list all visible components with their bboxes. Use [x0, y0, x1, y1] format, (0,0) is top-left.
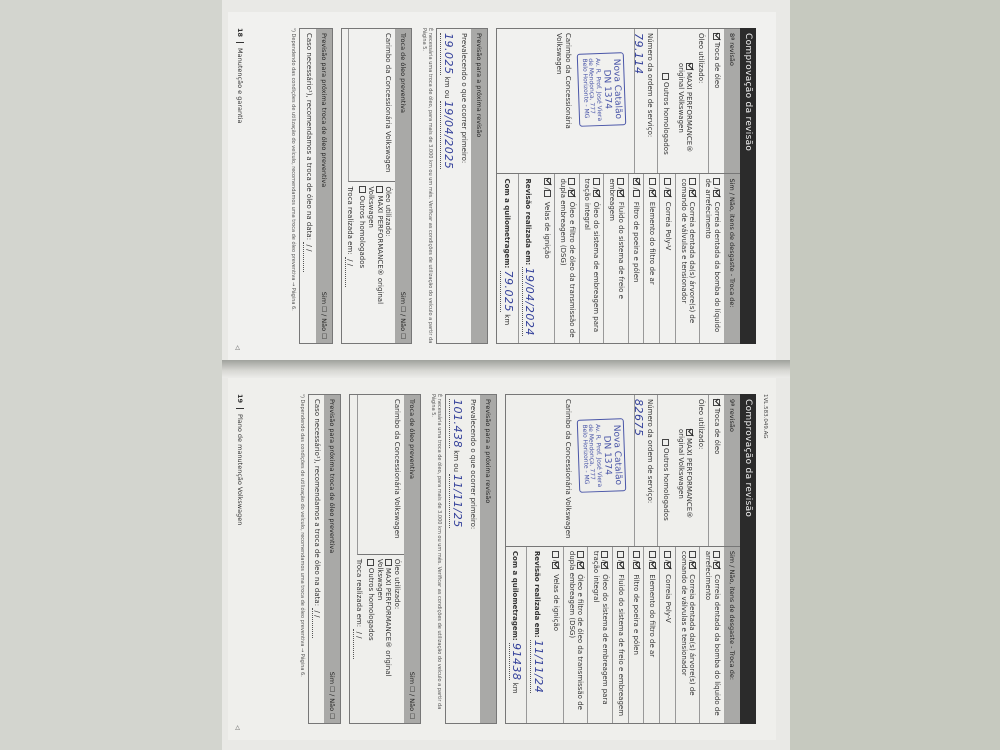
yes-no-checkboxes[interactable]: Sim ☐ / Não ☐	[406, 672, 418, 719]
background-surface-right	[785, 0, 1000, 750]
oil-option-label: Outros homologados	[662, 82, 670, 155]
oil-option-checkbox[interactable]	[663, 439, 670, 446]
preventive-oil-option[interactable]: MAXI PERFORMANCE® original Volkswagen	[375, 559, 393, 719]
yes-checkbox[interactable]	[633, 178, 640, 185]
wear-item-label: Óleo e filtro de óleo da transmissão de …	[568, 551, 585, 710]
mileage-value[interactable]: 91438	[509, 643, 524, 681]
service-order-row: Número da ordem de serviço: 79.114	[634, 29, 657, 173]
oil-option-label: Outros homologados	[662, 448, 670, 521]
next-preventive-date-field[interactable]: / /	[312, 608, 322, 638]
wear-item-label: Fluido do sistema de freio e embreagem	[617, 574, 625, 716]
next-revision-section: Previsão para a próxima revisão Prevalec…	[437, 28, 489, 344]
wear-item-row: /Filtro de poeira e pólen	[628, 547, 644, 723]
preventive-oil-section: Troca de óleo preventivaSim ☐ / Não ☐ Ca…	[350, 394, 422, 724]
yes-checkbox[interactable]	[633, 551, 640, 558]
footnote: ¹) Dependendo das condições de utilizaçã…	[298, 394, 305, 724]
yes-checkbox[interactable]	[617, 178, 624, 185]
page-footer: 19 Plano de manutenção Volkswagen	[236, 394, 244, 724]
wear-item-yes-no[interactable]: /	[543, 178, 551, 198]
oil-option-1[interactable]: Outros homologados	[661, 33, 670, 169]
wear-item-row: /Correia Poly-V	[659, 547, 675, 723]
footer-title: Manutenção e garantia	[236, 48, 244, 123]
wear-item-row: /Correia Poly-V	[659, 174, 675, 343]
next-preventive-body: Caso necessário¹), recomendamos a troca …	[309, 395, 325, 723]
next-km-suffix: km ou	[452, 450, 460, 472]
next-km-value[interactable]: 101.438	[449, 399, 464, 448]
yes-checkbox[interactable]	[689, 551, 696, 558]
mileage-value[interactable]: 79.025	[500, 271, 515, 313]
oil-used-row: Óleo utilizado: MAXI PERFORMANCE® origin…	[657, 29, 708, 173]
yes-checkbox[interactable]	[577, 551, 584, 558]
dealer-stamp: Nova CatalãoDN 1374 Av. R. Prof. José Vi…	[577, 418, 627, 493]
preventive-done-label: Troca realizada em:	[347, 186, 355, 254]
wear-item-yes-no[interactable]: /	[713, 551, 721, 571]
no-checkbox[interactable]	[689, 562, 696, 569]
preventive-oil-header: Troca de óleo preventivaSim ☐ / Não ☐	[404, 395, 420, 723]
no-checkbox[interactable]	[544, 190, 551, 197]
yes-no-checkboxes[interactable]: Sim ☐ / Não ☐	[327, 672, 339, 719]
yes-checkbox[interactable]	[689, 178, 696, 185]
no-checkbox[interactable]	[649, 190, 656, 197]
dealer-stamp: Nova CatalãoDN 1374 Av. R. Prof. José Vi…	[577, 52, 627, 127]
preventive-done-field[interactable]: / /	[354, 629, 364, 659]
revision-table: 9ª revisão Troca de óleo Óleo utilizado:…	[505, 394, 740, 724]
wear-item-yes-no[interactable]: /	[713, 178, 721, 198]
oil-option-checkbox[interactable]	[686, 63, 693, 70]
oil-option-0[interactable]: MAXI PERFORMANCE® original Volkswagen	[676, 399, 694, 542]
wear-item-row: /Correia dentada da bomba do líquido de …	[700, 547, 725, 723]
page-19: 1VL.583.049.AG Comprovação da revisão 9ª…	[228, 378, 776, 740]
service-order-label: Número da ordem de serviço:	[646, 33, 654, 137]
revision-date-value[interactable]: 19/04/2024	[522, 267, 537, 335]
no-checkbox[interactable]	[617, 190, 624, 197]
wear-item-row: /Elemento do filtro de ar	[644, 174, 660, 343]
oil-option-1[interactable]: Outros homologados	[661, 399, 670, 542]
yes-checkbox[interactable]	[544, 178, 551, 185]
revision-date-row: Revisão realizada em: 11/11/24	[527, 547, 549, 723]
no-checkbox[interactable]	[593, 190, 600, 197]
wear-item-label: Correia dentada da(s) árvore(s) de coman…	[680, 178, 697, 323]
booklet-spine	[222, 360, 790, 378]
oil-option-checkbox[interactable]	[663, 73, 670, 80]
yes-checkbox[interactable]	[568, 178, 575, 185]
yes-no-checkboxes[interactable]: Sim ☐ / Não ☐	[398, 292, 410, 339]
wear-item-row: /Correia dentada da(s) árvore(s) de coma…	[675, 547, 700, 723]
wear-item-row: /Óleo do sistema de embreagem para traçã…	[579, 174, 604, 343]
no-checkbox[interactable]	[553, 562, 560, 569]
oil-option-checkbox[interactable]	[686, 429, 693, 436]
wear-item-yes-no[interactable]: /	[601, 551, 609, 571]
wear-item-yes-no[interactable]: /	[633, 551, 641, 571]
wear-item-yes-no[interactable]: /	[617, 178, 625, 198]
wear-item-label: Velas de ignição	[543, 202, 551, 259]
revision-form: Comprovação da revisão 9ª revisão Troca …	[298, 394, 756, 724]
wear-item-label: Correia dentada da bomba do líquido de a…	[704, 178, 721, 332]
section-title: Comprovação da revisão	[740, 394, 756, 724]
page-19-content: 1VL.583.049.AG Comprovação da revisão 9ª…	[228, 378, 776, 740]
wear-items-header: Sim / Não, itens de desgaste - Troca de:	[724, 174, 740, 343]
next-preventive-section: Previsão para próxima troca de óleo prev…	[299, 28, 333, 344]
wear-item-label: Filtro de poeira e pólen	[633, 202, 641, 283]
next-date-value[interactable]: 19/04/2025	[441, 101, 456, 169]
oil-change-label: Troca de óleo	[713, 42, 721, 88]
wear-item-yes-no[interactable]: /	[689, 551, 697, 571]
wear-item-row: /Elemento do filtro de ar	[644, 547, 660, 723]
preventive-done-label: Troca realizada em:	[355, 559, 363, 627]
wear-item-label: Correia dentada da bomba do líquido de a…	[704, 551, 721, 716]
preventive-oil-cell: Óleo utilizado: MAXI PERFORMANCE® origin…	[342, 182, 396, 343]
oil-used-label: Óleo utilizado:	[697, 33, 706, 169]
wear-item-row: /Fluido do sistema de freio e embreagem	[603, 174, 628, 343]
oil-change-checkbox[interactable]	[714, 33, 721, 40]
yes-checkbox[interactable]	[649, 551, 656, 558]
yes-no-checkboxes[interactable]: Sim ☐ / Não ☐	[318, 292, 330, 339]
service-order-row: Número da ordem de serviço: 82675	[634, 395, 657, 546]
wear-item-yes-no[interactable]: /	[592, 178, 600, 198]
mileage-unit: km	[503, 314, 511, 325]
wear-item-yes-no[interactable]: /	[648, 178, 656, 198]
print-code: 1VL.583.049.AG	[762, 394, 768, 439]
preventive-oil-header: Troca de óleo preventivaSim ☐ / Não ☐	[396, 29, 412, 343]
next-revision-body: Prevalecendo o que ocorrer primeiro: 19.…	[438, 29, 472, 343]
preventive-stamp-cell: Carimbo da Concessionária Volkswagen	[357, 395, 404, 555]
wear-item-yes-no[interactable]: /	[664, 551, 672, 571]
wear-item-yes-no[interactable]: /	[552, 551, 560, 571]
no-checkbox[interactable]	[602, 562, 609, 569]
wear-item-row: /Óleo e filtro de óleo da transmissão de…	[554, 174, 579, 343]
page-18-content: Comprovação da revisão 8ª revisão Troca …	[228, 12, 776, 360]
wear-item-yes-no[interactable]: /	[648, 551, 656, 571]
oil-used-row: Óleo utilizado: MAXI PERFORMANCE® origin…	[657, 395, 708, 546]
yes-checkbox[interactable]	[553, 551, 560, 558]
next-preventive-date-field[interactable]: / /	[303, 242, 313, 272]
no-checkbox[interactable]	[714, 562, 721, 569]
page-18: Comprovação da revisão 8ª revisão Troca …	[228, 12, 776, 360]
preventive-oil-cell: Óleo utilizado: MAXI PERFORMANCE® origin…	[351, 555, 405, 723]
wear-item-label: Óleo e filtro de óleo da transmissão de …	[559, 178, 576, 337]
service-order-label: Número da ordem de serviço:	[646, 399, 654, 503]
oil-option-label: MAXI PERFORMANCE® original Volkswagen	[677, 63, 694, 152]
prevailing-label: Prevalecendo o que ocorrer primeiro:	[468, 399, 477, 719]
revision-date-label: Revisão realizada em:	[525, 178, 533, 265]
yes-checkbox[interactable]	[617, 551, 624, 558]
footnote: ¹) Dependendo das condições de utilizaçã…	[290, 28, 297, 344]
next-date-value[interactable]: 11/11/25	[449, 474, 464, 527]
mileage-row: Com a quilometragem: 79.025 km	[497, 174, 518, 343]
next-preventive-header: Previsão para próxima troca de óleo prev…	[316, 29, 332, 343]
preventive-oil-option[interactable]: Outros homologados	[358, 186, 367, 339]
revision-date-row: Revisão realizada em: 19/04/2024	[518, 174, 540, 343]
revision-date-value[interactable]: 11/11/24	[531, 640, 546, 693]
wear-item-yes-no[interactable]: /	[633, 178, 641, 198]
preventive-stamp-cell: Carimbo da Concessionária Volkswagen	[349, 29, 396, 182]
wear-item-yes-no[interactable]: /	[664, 178, 672, 198]
wear-item-row: /Óleo do sistema de embreagem para traçã…	[588, 547, 613, 723]
wear-item-label: Correia dentada da(s) árvore(s) de coman…	[680, 551, 697, 696]
no-checkbox[interactable]	[617, 562, 624, 569]
oil-option-label: MAXI PERFORMANCE® original Volkswagen	[677, 429, 694, 518]
mileage-row: Com a quilometragem: 91438 km	[506, 547, 527, 723]
wear-items-header: Sim / Não, itens de desgaste - Troca de:	[724, 547, 740, 723]
no-checkbox[interactable]	[568, 190, 575, 197]
oil-used-label: Óleo utilizado:	[697, 399, 706, 542]
wear-item-label: Velas de ignição	[552, 574, 560, 631]
revision-form: Comprovação da revisão 8ª revisão Troca …	[290, 28, 757, 344]
no-checkbox[interactable]	[714, 190, 721, 197]
no-checkbox[interactable]	[665, 190, 672, 197]
wear-items-list: /Correia dentada da bomba do líquido de …	[540, 174, 725, 343]
no-checkbox[interactable]	[633, 562, 640, 569]
next-preventive-body: Caso necessário¹), recomendamos a troca …	[300, 29, 316, 343]
wear-item-row: /Fluido do sistema de freio e embreagem	[612, 547, 628, 723]
background-surface-left	[0, 0, 222, 750]
mileage-label: Com a quilometragem:	[512, 551, 520, 641]
revision-label: 8ª revisão	[724, 29, 740, 173]
next-revision-body: Prevalecendo o que ocorrer primeiro: 101…	[446, 395, 480, 723]
wear-items-list: /Correia dentada da bomba do líquido de …	[548, 547, 724, 723]
preventive-oil-option[interactable]: Outros homologados	[366, 559, 375, 719]
page-footer: 18 Manutenção e garantia	[236, 28, 244, 344]
wear-item-yes-no[interactable]: /	[568, 178, 576, 198]
dealer-stamp-cell: Nova CatalãoDN 1374 Av. R. Prof. José Vi…	[536, 29, 634, 173]
no-checkbox[interactable]	[689, 190, 696, 197]
dealer-stamp-cell: Nova CatalãoDN 1374 Av. R. Prof. José Vi…	[536, 395, 634, 546]
prevailing-label: Prevalecendo o que ocorrer primeiro:	[459, 33, 468, 339]
wear-item-label: Correia Poly-V	[664, 202, 672, 251]
wear-item-row: /Correia dentada da(s) árvore(s) de coma…	[675, 174, 700, 343]
next-preventive-header: Previsão para próxima troca de óleo prev…	[325, 395, 341, 723]
preventive-oil-section: Troca de óleo preventivaSim ☐ / Não ☐ Ca…	[341, 28, 413, 344]
no-checkbox[interactable]	[665, 562, 672, 569]
yes-checkbox[interactable]	[665, 178, 672, 185]
yes-checkbox[interactable]	[602, 551, 609, 558]
oil-change-row[interactable]: Troca de óleo	[708, 395, 724, 546]
next-km-value[interactable]: 19.025	[441, 33, 456, 75]
mileage-label: Com a quilometragem:	[503, 178, 511, 268]
service-order-value[interactable]: 82675	[633, 399, 646, 437]
oil-change-label: Troca de óleo	[713, 408, 721, 454]
dealer-stamp-label: Carimbo da Concessionária Volkswagen	[563, 399, 572, 542]
footer-title: Plano de manutenção Volkswagen	[236, 414, 244, 525]
next-km-suffix: km ou	[443, 77, 451, 99]
wear-item-row: /Correia dentada da bomba do líquido de …	[700, 174, 725, 343]
oil-change-row[interactable]: Troca de óleo	[708, 29, 724, 173]
page-corner-mark: ◁	[234, 725, 241, 730]
preventive-oil-option[interactable]: MAXI PERFORMANCE® original Volkswagen	[366, 186, 384, 339]
oil-option-0[interactable]: MAXI PERFORMANCE® original Volkswagen	[676, 33, 694, 169]
no-checkbox[interactable]	[649, 562, 656, 569]
revision-label: 9ª revisão	[724, 395, 740, 546]
preventive-done-field[interactable]: / /	[345, 257, 355, 287]
yes-checkbox[interactable]	[593, 178, 600, 185]
next-revision-title: Previsão para a próxima revisão	[480, 395, 496, 723]
wear-item-label: Óleo do sistema de embreagem para tração…	[592, 551, 609, 705]
wear-item-label: Elemento do filtro de ar	[648, 202, 656, 285]
yes-checkbox[interactable]	[714, 551, 721, 558]
wear-item-label: Elemento do filtro de ar	[648, 574, 656, 657]
service-order-value[interactable]: 79.114	[633, 33, 646, 75]
wear-item-row: /Velas de ignição	[548, 547, 563, 723]
page-corner-mark: ◁	[234, 345, 241, 350]
wear-item-label: Óleo do sistema de embreagem para tração…	[584, 178, 601, 332]
next-revision-title: Previsão para a próxima revisão	[471, 29, 487, 343]
section-title: Comprovação da revisão	[740, 28, 756, 344]
yes-checkbox[interactable]	[649, 178, 656, 185]
next-preventive-section: Previsão para próxima troca de óleo prev…	[308, 394, 342, 724]
wear-item-yes-no[interactable]: /	[577, 551, 585, 571]
next-revision-note: É necessária uma troca de óleo, para mai…	[421, 28, 434, 344]
oil-change-checkbox[interactable]	[714, 399, 721, 406]
yes-checkbox[interactable]	[714, 178, 721, 185]
wear-item-label: Filtro de poeira e pólen	[633, 574, 641, 655]
dealer-stamp-label: Carimbo da Concessionária Volkswagen	[554, 33, 572, 169]
page-number: 19	[236, 394, 244, 409]
wear-item-row: /Filtro de poeira e pólen	[628, 174, 644, 343]
next-revision-section: Previsão para a próxima revisão Prevalec…	[445, 394, 497, 724]
wear-item-row: /Óleo e filtro de óleo da transmissão de…	[563, 547, 588, 723]
revision-table: 8ª revisão Troca de óleo Óleo utilizado:…	[496, 28, 740, 344]
next-revision-note: É necessária uma troca de óleo, para mai…	[429, 394, 442, 724]
yes-checkbox[interactable]	[665, 551, 672, 558]
revision-date-label: Revisão realizada em:	[533, 551, 541, 638]
page-number: 18	[236, 28, 244, 43]
wear-item-yes-no[interactable]: /	[689, 178, 697, 198]
wear-item-label: Correia Poly-V	[664, 574, 672, 623]
no-checkbox[interactable]	[633, 190, 640, 197]
wear-item-yes-no[interactable]: /	[617, 551, 625, 571]
wear-item-row: /Velas de ignição	[540, 174, 555, 343]
mileage-unit: km	[512, 683, 520, 694]
no-checkbox[interactable]	[577, 562, 584, 569]
